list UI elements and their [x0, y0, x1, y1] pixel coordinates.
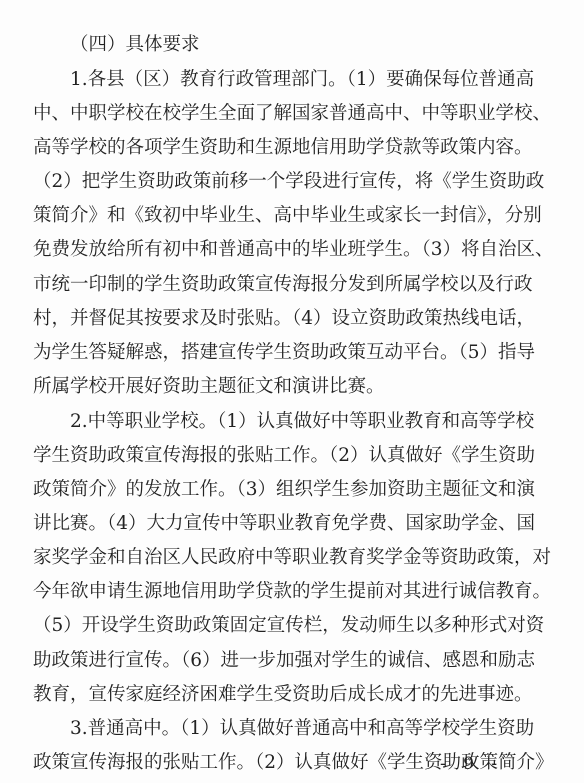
paragraph-line: 政策宣传海报的张贴工作。（2）认真做好《学生资助政策简介》	[33, 746, 481, 780]
paragraph-line: 教育，宣传家庭经济困难学生受资助后成长成才的先进事迹。	[33, 678, 481, 712]
paragraph-line: 讲比赛。（4）大力宣传中等职业教育免学费、国家助学金、国	[33, 507, 481, 541]
page-number: - 9 -	[440, 754, 503, 774]
paragraph-line: 3.普通高中。（1）认真做好普通高中和高等学校学生资助	[70, 712, 481, 746]
paragraph-line: 今年欲申请生源地信用助学贷款的学生提前对其进行诚信教育。	[33, 575, 481, 609]
paragraph-line: 家奖学金和自治区人民政府中等职业教育奖学金等资助政策，对	[33, 541, 481, 575]
paragraph-line: 2.中等职业学校。（1）认真做好中等职业教育和高等学校	[70, 405, 481, 439]
paragraph-line: 所属学校开展好资助主题征文和演讲比赛。	[33, 370, 481, 404]
document-page: （四）具体要求 1.各县（区）教育行政管理部门。（1）要确保每位普通高 中、中职…	[0, 0, 584, 783]
paragraph-line: 策简介》和《致初中毕业生、高中毕业生或家长一封信》，分别	[33, 199, 481, 233]
paragraph-line: 学生资助政策宣传海报的张贴工作。（2）认真做好《学生资助	[33, 439, 481, 473]
paragraph-line: 为学生答疑解惑，搭建宣传学生资助政策互动平台。（5）指导	[33, 336, 481, 370]
paragraph-line: 市统一印制的学生资助政策宣传海报分发到所属学校以及行政	[33, 268, 481, 302]
paragraph-line: 中、中职学校在校学生全面了解国家普通高中、中等职业学校、	[33, 97, 481, 131]
paragraph-line: （5）开设学生资助政策固定宣传栏，发动师生以多种形式对资	[33, 609, 481, 643]
paragraph-line: 高等学校的各项学生资助和生源地信用助学贷款等政策内容。	[33, 131, 481, 165]
paragraph-line: 村，并督促其按要求及时张贴。（4）设立资助政策热线电话，	[33, 302, 481, 336]
paragraph-line: 免费发放给所有初中和普通高中的毕业班学生。（3）将自治区、	[33, 233, 481, 267]
paragraph-line: 助政策进行宣传。（6）进一步加强对学生的诚信、感恩和励志	[33, 644, 481, 678]
paragraph-line: 1.各县（区）教育行政管理部门。（1）要确保每位普通高	[70, 63, 481, 97]
section-heading: （四）具体要求	[70, 28, 200, 62]
paragraph-line: （2）把学生资助政策前移一个学段进行宣传，将《学生资助政	[33, 165, 481, 199]
paragraph-line: 政策简介》的发放工作。（3）组织学生参加资助主题征文和演	[33, 473, 481, 507]
